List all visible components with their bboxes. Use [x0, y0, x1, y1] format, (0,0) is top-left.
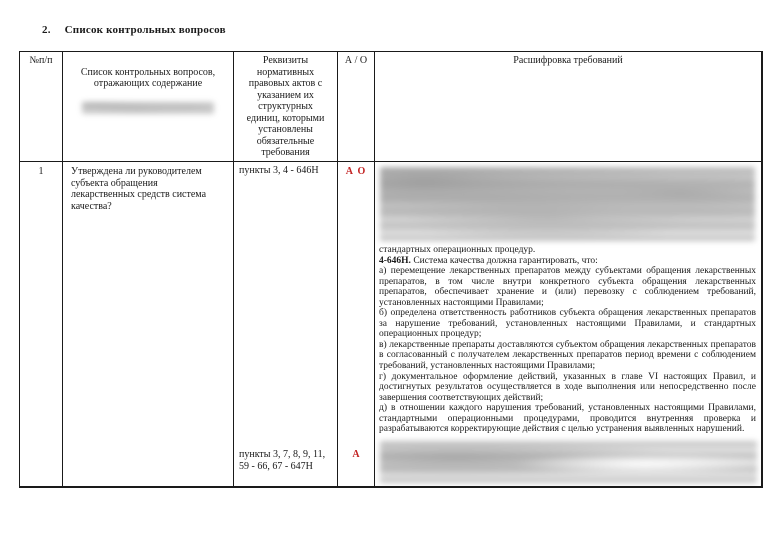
decoding-item-g: г) документальное оформление действий, у… [379, 372, 756, 404]
redacted-text-block [380, 167, 755, 241]
decoding-clause-intro: 4-646Н. Система качества должна гарантир… [379, 256, 756, 267]
clause-label: 4-646Н. [379, 256, 411, 266]
requisites-entry-1: пункты 3, 4 - 646Н [239, 165, 333, 177]
decoding-item-b: б) определена ответственность работников… [379, 308, 756, 340]
row-number: 1 [20, 162, 63, 486]
control-questions-table: №п/п Список контрольных вопросов, отража… [19, 51, 763, 488]
requisites-entry-2: пункты 3, 7, 8, 9, 11, 59 - 66, 67 - 647… [239, 449, 334, 472]
ao-mark-1: А О [338, 162, 374, 178]
ao-cell: А О А [338, 162, 375, 486]
requisites-cell: пункты 3, 4 - 646Н пункты 3, 7, 8, 9, 11… [234, 162, 338, 486]
decoding-item-d: д) в отношении каждого нарушения требова… [379, 403, 756, 435]
section-number: 2. [42, 24, 51, 36]
decoding-lead: стандартных операционных процедур. [379, 245, 756, 256]
header-requisites: Реквизиты нормативных правовых актов с у… [234, 52, 338, 162]
header-decoding: Расшифровка требований [375, 52, 761, 162]
section-title: 2. Список контрольных вопросов [42, 24, 226, 36]
clause-intro-text: Система качества должна гарантировать, ч… [411, 256, 598, 266]
question-text: Утверждена ли руководителем субъекта обр… [63, 162, 234, 486]
decoding-cell: стандартных операционных процедур. 4-646… [375, 162, 761, 486]
header-questions: Список контрольных вопросов, отражающих … [63, 52, 234, 162]
ao-mark-2: А [338, 449, 374, 461]
header-ao: А / О [338, 52, 375, 162]
redacted-text-block [82, 102, 214, 114]
document-page: 2. Список контрольных вопросов №п/п Спис… [0, 0, 783, 539]
decoding-item-v: в) лекарственные препараты доставляются … [379, 340, 756, 372]
section-title-text: Список контрольных вопросов [65, 24, 226, 36]
decoding-item-a: а) перемещение лекарственных препаратов … [379, 266, 756, 308]
redacted-text-block [380, 441, 757, 483]
header-num: №п/п [20, 52, 63, 162]
header-questions-text: Список контрольных вопросов, отражающих … [66, 67, 230, 90]
